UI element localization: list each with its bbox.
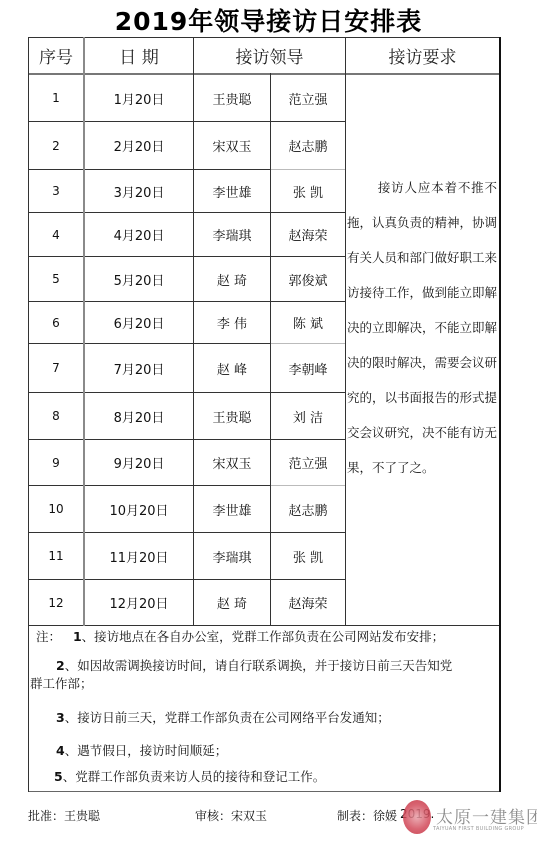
cell-date: 2月20日 bbox=[85, 122, 193, 169]
cell-date: 4月20日 bbox=[85, 213, 193, 256]
footer-approve: 批准：王贵聪 bbox=[28, 807, 100, 824]
note-text: 、如因故需调换接访时间，请自行联系调换，并于接访日前三天告知党 bbox=[65, 658, 453, 673]
cell-leader-b: 陈 斌 bbox=[271, 302, 345, 343]
note-2: 2、如因故需调换接访时间，请自行联系调换，并于接访日前三天告知党 bbox=[30, 657, 498, 675]
cell-seq: 6 bbox=[29, 302, 83, 343]
cell-seq: 7 bbox=[29, 344, 83, 392]
note-number: 4 bbox=[56, 743, 65, 758]
cell-date: 1月20日 bbox=[85, 75, 193, 121]
note-text: 、党群工作部负责来访人员的接待和登记工作。 bbox=[63, 769, 326, 784]
cell-leader-a: 赵 琦 bbox=[194, 257, 270, 301]
cell-seq: 5 bbox=[29, 257, 83, 301]
cell-seq: 10 bbox=[29, 486, 83, 532]
cell-seq: 12 bbox=[29, 580, 83, 625]
note-number: 5 bbox=[54, 769, 63, 784]
cell-seq: 9 bbox=[29, 440, 83, 485]
company-watermark: 太原一建集团 TAIYUAN FIRST BUILDING GROUP bbox=[403, 800, 537, 840]
company-logo-icon bbox=[403, 800, 431, 834]
cell-leader-b: 赵海荣 bbox=[271, 580, 345, 625]
header-date: 日 期 bbox=[85, 38, 193, 73]
footer-prepared: 制表：徐媛 bbox=[337, 807, 397, 824]
cell-leader-b: 范立强 bbox=[271, 75, 345, 121]
cell-leader-a: 赵 琦 bbox=[194, 580, 270, 625]
cell-leader-a: 王贵聪 bbox=[194, 393, 270, 439]
cell-leader-a: 李世雄 bbox=[194, 486, 270, 532]
header-requirements: 接访要求 bbox=[346, 38, 499, 73]
cell-date: 10月20日 bbox=[85, 486, 193, 532]
cell-leader-a: 王贵聪 bbox=[194, 75, 270, 121]
cell-leader-b: 张 凯 bbox=[271, 533, 345, 579]
header-leaders: 接访领导 bbox=[194, 38, 345, 73]
company-name-cn: 太原一建集团 bbox=[436, 803, 537, 828]
note-5: 5、党群工作部负责来访人员的接待和登记工作。 bbox=[54, 768, 522, 786]
table-bottom-line bbox=[28, 625, 500, 626]
cell-seq: 3 bbox=[29, 170, 83, 212]
cell-leader-b: 郭俊斌 bbox=[271, 257, 345, 301]
cell-date: 3月20日 bbox=[85, 170, 193, 212]
cell-date: 7月20日 bbox=[85, 344, 193, 392]
note-number: 3 bbox=[56, 710, 65, 725]
cell-date: 5月20日 bbox=[85, 257, 193, 301]
company-name-en: TAIYUAN FIRST BUILDING GROUP bbox=[433, 826, 524, 832]
cell-leader-b: 赵志鹏 bbox=[271, 122, 345, 169]
table-border-right bbox=[499, 37, 501, 792]
cell-leader-b: 赵海荣 bbox=[271, 213, 345, 256]
cell-leader-a: 宋双玉 bbox=[194, 440, 270, 485]
cell-leader-a: 李 伟 bbox=[194, 302, 270, 343]
note-1: 注： 1、接访地点在各自办公室，党群工作部负责在公司网站发布安排； bbox=[36, 628, 504, 646]
cell-leader-b: 李朝峰 bbox=[271, 344, 345, 392]
note-number: 1 bbox=[73, 629, 82, 644]
cell-leader-a: 李世雄 bbox=[194, 170, 270, 212]
cell-seq: 11 bbox=[29, 533, 83, 579]
cell-leader-b: 赵志鹏 bbox=[271, 486, 345, 532]
cell-leader-b: 刘 洁 bbox=[271, 393, 345, 439]
cell-seq: 8 bbox=[29, 393, 83, 439]
note-text: 、遇节假日，接访时间顺延； bbox=[65, 743, 228, 758]
cell-date: 6月20日 bbox=[85, 302, 193, 343]
note-text: 、接访地点在各自办公室，党群工作部负责在公司网站发布安排； bbox=[82, 629, 445, 644]
cell-date: 8月20日 bbox=[85, 393, 193, 439]
note-4: 4、遇节假日，接访时间顺延； bbox=[56, 742, 524, 760]
requirements-text-cell: 接访人应本着不推不拖，认真负责的精神，协调有关人员和部门做好职工来访接待工作，做… bbox=[347, 170, 497, 485]
cell-date: 9月20日 bbox=[85, 440, 193, 485]
note-prefix: 注： bbox=[36, 629, 61, 644]
footer-review: 审核：宋双玉 bbox=[195, 807, 267, 824]
requirements-text: 接访人应本着不推不拖，认真负责的精神，协调有关人员和部门做好职工来访接待工作，做… bbox=[347, 180, 497, 475]
cell-seq: 1 bbox=[29, 75, 83, 121]
cell-leader-a: 李瑞琪 bbox=[194, 533, 270, 579]
cell-leader-b: 范立强 bbox=[271, 440, 345, 485]
cell-seq: 4 bbox=[29, 213, 83, 256]
note-text: 、接访日前三天，党群工作部负责在公司网络平台发通知； bbox=[65, 710, 390, 725]
cell-leader-b: 张 凯 bbox=[271, 170, 345, 212]
header-seq: 序号 bbox=[29, 38, 83, 73]
note-2-continued: 群工作部； bbox=[30, 675, 498, 693]
cell-date: 12月20日 bbox=[85, 580, 193, 625]
cell-leader-a: 宋双玉 bbox=[194, 122, 270, 169]
note-3: 3、接访日前三天，党群工作部负责在公司网络平台发通知； bbox=[56, 709, 524, 727]
note-number: 2 bbox=[56, 658, 65, 673]
col-line bbox=[345, 37, 346, 626]
cell-leader-a: 李瑞琪 bbox=[194, 213, 270, 256]
cell-date: 11月20日 bbox=[85, 533, 193, 579]
cell-seq: 2 bbox=[29, 122, 83, 169]
cell-leader-a: 赵 峰 bbox=[194, 344, 270, 392]
notes-bottom-line bbox=[28, 791, 500, 792]
